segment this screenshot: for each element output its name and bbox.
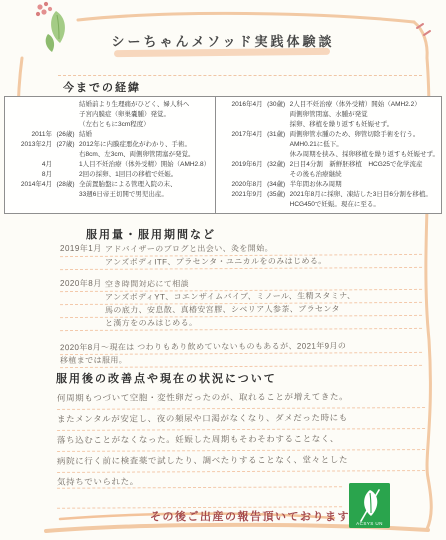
handwritten-line: 気持ちでいられた。 [57, 471, 342, 488]
timeline-line: 両側卵管閉塞、水腫が発覚 [290, 110, 439, 120]
table-row: 2016年4月 (30歳) 2人目不妊治療（体外受精）開始（AMH2.2） 両側… [219, 100, 439, 130]
timeline-date: 2021年9月 [219, 190, 263, 200]
timeline-text: 2021年8月に採卵、凍結した3日目6分割を移植。 HCG450で妊娠。現在に至… [290, 190, 439, 210]
timeline-line: 子宮内膜症（卵巣嚢腫）発覚。 [79, 110, 213, 120]
timeline-age: (35歳) [263, 190, 290, 200]
table-row: 4月 1人目不妊治療（体外受精）開始（AMH2.8） [8, 160, 213, 170]
timeline-line: 右8cm、左3cm、両側卵管閉塞が発覚。 [79, 150, 213, 160]
handwritten-line: アンズボディITF、プラセンタ・ユニカルをのみはじめる。 [60, 255, 422, 270]
timeline-date: 2013年2月 [8, 140, 52, 150]
handwritten-line: 何周期もつづいて空胞・変性卵だったのが、取れることが増えてきた。 [57, 387, 425, 410]
timeline-age: (31歳) [263, 130, 290, 140]
timeline-date: 2020年8月 [219, 180, 263, 190]
timeline-line: 結婚 [79, 130, 213, 140]
timeline-left-column: 結婚前より生理痛がひどく、婦人科へ 子宮内膜症（卵巣嚢腫）発覚。 （左右ともに3… [5, 97, 216, 213]
improvement-heading: 服用後の改善点や現在の状況について [56, 370, 277, 386]
timeline-line: その後も治療継続 [290, 170, 439, 180]
timeline-date: 4月 [8, 160, 52, 170]
table-row: 2011年 (26歳) 結婚 [8, 130, 213, 140]
table-row: 2021年9月 (35歳) 2021年8月に採卵、凍結した3日目6分割を移植。 … [219, 190, 439, 210]
handwritten-line: またメンタルが安定し、夜の頻尿や口渇がなくなり、ダメだった時にも [57, 408, 425, 431]
timeline-text: 2日目4分割 新鮮胚移植 HCG25で化学流産 その後も治療継続 [290, 160, 439, 180]
timeline-line: 2人目不妊治療（体外受精）開始（AMH2.2） [290, 100, 439, 110]
table-row: 2013年2月 (27歳) 2012年に内膜症悪化がわかり、手術。 右8cm、左… [8, 140, 213, 160]
timeline-date: 2017年4月 [219, 130, 263, 140]
timeline-text: 両側卵管水腫のため、卵管切除手術を行う。 AMH0.21に低下。 休み周期を挟み… [290, 130, 439, 160]
timeline-date: 2014年4月 [8, 180, 52, 190]
timeline-line: 半年間お休み周期 [290, 180, 439, 190]
company-logo: ACSYS UN [349, 483, 390, 528]
table-row: 2019年6月 (32歳) 2日目4分割 新鮮胚移植 HCG25で化学流産 その… [219, 160, 439, 180]
table-row: 8月 2回の採卵、1回目の移植で妊娠。 [8, 170, 213, 180]
dosage-notes: 2019年1月 アドバイザーのブログと出会い、灸を開始。 アンズボディITF、プ… [60, 243, 422, 367]
timeline-line: AMH0.21に低下。 [290, 140, 439, 150]
timeline-date: 2016年4月 [219, 100, 263, 110]
timeline-text: 半年間お休み周期 [290, 180, 439, 190]
dosage-entry: 2020年8月～現在は つわりもあり飲めていないものもあるが、2021年9月の … [60, 341, 422, 367]
timeline-age: (32歳) [263, 160, 290, 170]
scanned-document-page: シーちゃんメソッド実践体験談 今までの経緯 結婚前より生理痛がひどく、婦人科へ … [0, 0, 446, 540]
logo-text: ACSYS UN [356, 521, 383, 526]
timeline-date: 2019年6月 [219, 160, 263, 170]
handwritten-line: 移植までは服用。 [60, 353, 422, 368]
timeline-text: 2人目不妊治療（体外受精）開始（AMH2.2） 両側卵管閉塞、水腫が発覚 採卵、… [290, 100, 439, 130]
table-row: 2020年8月 (34歳) 半年間お休み周期 [219, 180, 439, 190]
timeline-text: 全前置胎盤による管理入院の末、 33週6日帝王切開で男児出産。 [79, 180, 213, 200]
page-title: シーちゃんメソッド実践体験談 [0, 31, 446, 50]
timeline-age: (30歳) [263, 100, 290, 110]
timeline-table: 結婚前より生理痛がひどく、婦人科へ 子宮内膜症（卵巣嚢腫）発覚。 （左右ともに3… [4, 96, 442, 214]
dosage-heading: 服用量・服用期間など [86, 226, 216, 242]
timeline-line: 採卵、移植を繰り返すも妊娠せず。 [290, 120, 439, 130]
timeline-line: 2012年に内膜症悪化がわかり、手術。 [79, 140, 213, 150]
footer-note: その後ご出産の報告頂いております [115, 508, 385, 524]
timeline-date: 8月 [8, 170, 52, 180]
timeline-line: 結婚前より生理痛がひどく、婦人科へ [79, 100, 213, 110]
timeline-text: 結婚 [79, 130, 213, 140]
handwritten-line: 病院に行く前に検査薬で試したり、調べたりすることなく、堂々とした [57, 450, 425, 473]
ruled-line [57, 487, 342, 508]
timeline-age: (27歳) [52, 140, 79, 150]
timeline-text: 2回の採卵、1回目の移植で妊娠。 [79, 170, 213, 180]
timeline-age: (26歳) [52, 130, 79, 140]
dosage-entry: 2019年1月 アドバイザーのブログと出会い、灸を開始。 アンズボディITF、プ… [60, 243, 422, 269]
table-row: 結婚前より生理痛がひどく、婦人科へ 子宮内膜症（卵巣嚢腫）発覚。 （左右ともに3… [8, 100, 213, 130]
timeline-right-column: 2016年4月 (30歳) 2人目不妊治療（体外受精）開始（AMH2.2） 両側… [216, 97, 441, 213]
timeline-age: (28歳) [52, 180, 79, 190]
timeline-text: 結婚前より生理痛がひどく、婦人科へ 子宮内膜症（卵巣嚢腫）発覚。 （左右ともに3… [79, 100, 213, 130]
table-row: 2014年4月 (28歳) 全前置胎盤による管理入院の末、 33週6日帝王切開で… [8, 180, 213, 200]
timeline-line: （左右ともに3cm程度） [79, 120, 213, 130]
timeline-line: 休み周期を挟み、採卵移植を繰り返すも妊娠せず。 [290, 150, 439, 160]
timeline-line: 全前置胎盤による管理入院の末、 [79, 180, 213, 190]
section-divider [58, 75, 422, 76]
timeline-line: 2回の採卵、1回目の移植で妊娠。 [79, 170, 213, 180]
timeline-line: 2日目4分割 新鮮胚移植 HCG25で化学流産 [290, 160, 439, 170]
timeline-line: 33週6日帝王切開で男児出産。 [79, 190, 213, 200]
dosage-entry: 2020年8月 空き時間対応にて相談 アンズボディYT、コエンザイムバイブ、ミノ… [60, 278, 422, 330]
table-row: 2017年4月 (31歳) 両側卵管水腫のため、卵管切除手術を行う。 AMH0.… [219, 130, 439, 160]
handwritten-line: 落ち込むことがなくなった。妊娠した周期もそわそわすることなく、 [57, 429, 425, 452]
timeline-line: 1人目不妊治療（体外受精）開始（AMH2.8） [79, 160, 213, 170]
timeline-age: (34歳) [263, 180, 290, 190]
timeline-line: 両側卵管水腫のため、卵管切除手術を行う。 [290, 130, 439, 140]
handwritten-line: と漢方をのみはじめる。 [60, 316, 422, 331]
timeline-date: 2011年 [8, 130, 52, 140]
timeline-line: HCG450で妊娠。現在に至る。 [290, 200, 439, 210]
timeline-line: 2021年8月に採卵、凍結した3日目6分割を移植。 [290, 190, 439, 200]
timeline-text: 1人目不妊治療（体外受精）開始（AMH2.8） [79, 160, 213, 170]
history-heading: 今までの経緯 [63, 79, 141, 95]
timeline-text: 2012年に内膜症悪化がわかり、手術。 右8cm、左3cm、両側卵管閉塞が発覚。 [79, 140, 213, 160]
